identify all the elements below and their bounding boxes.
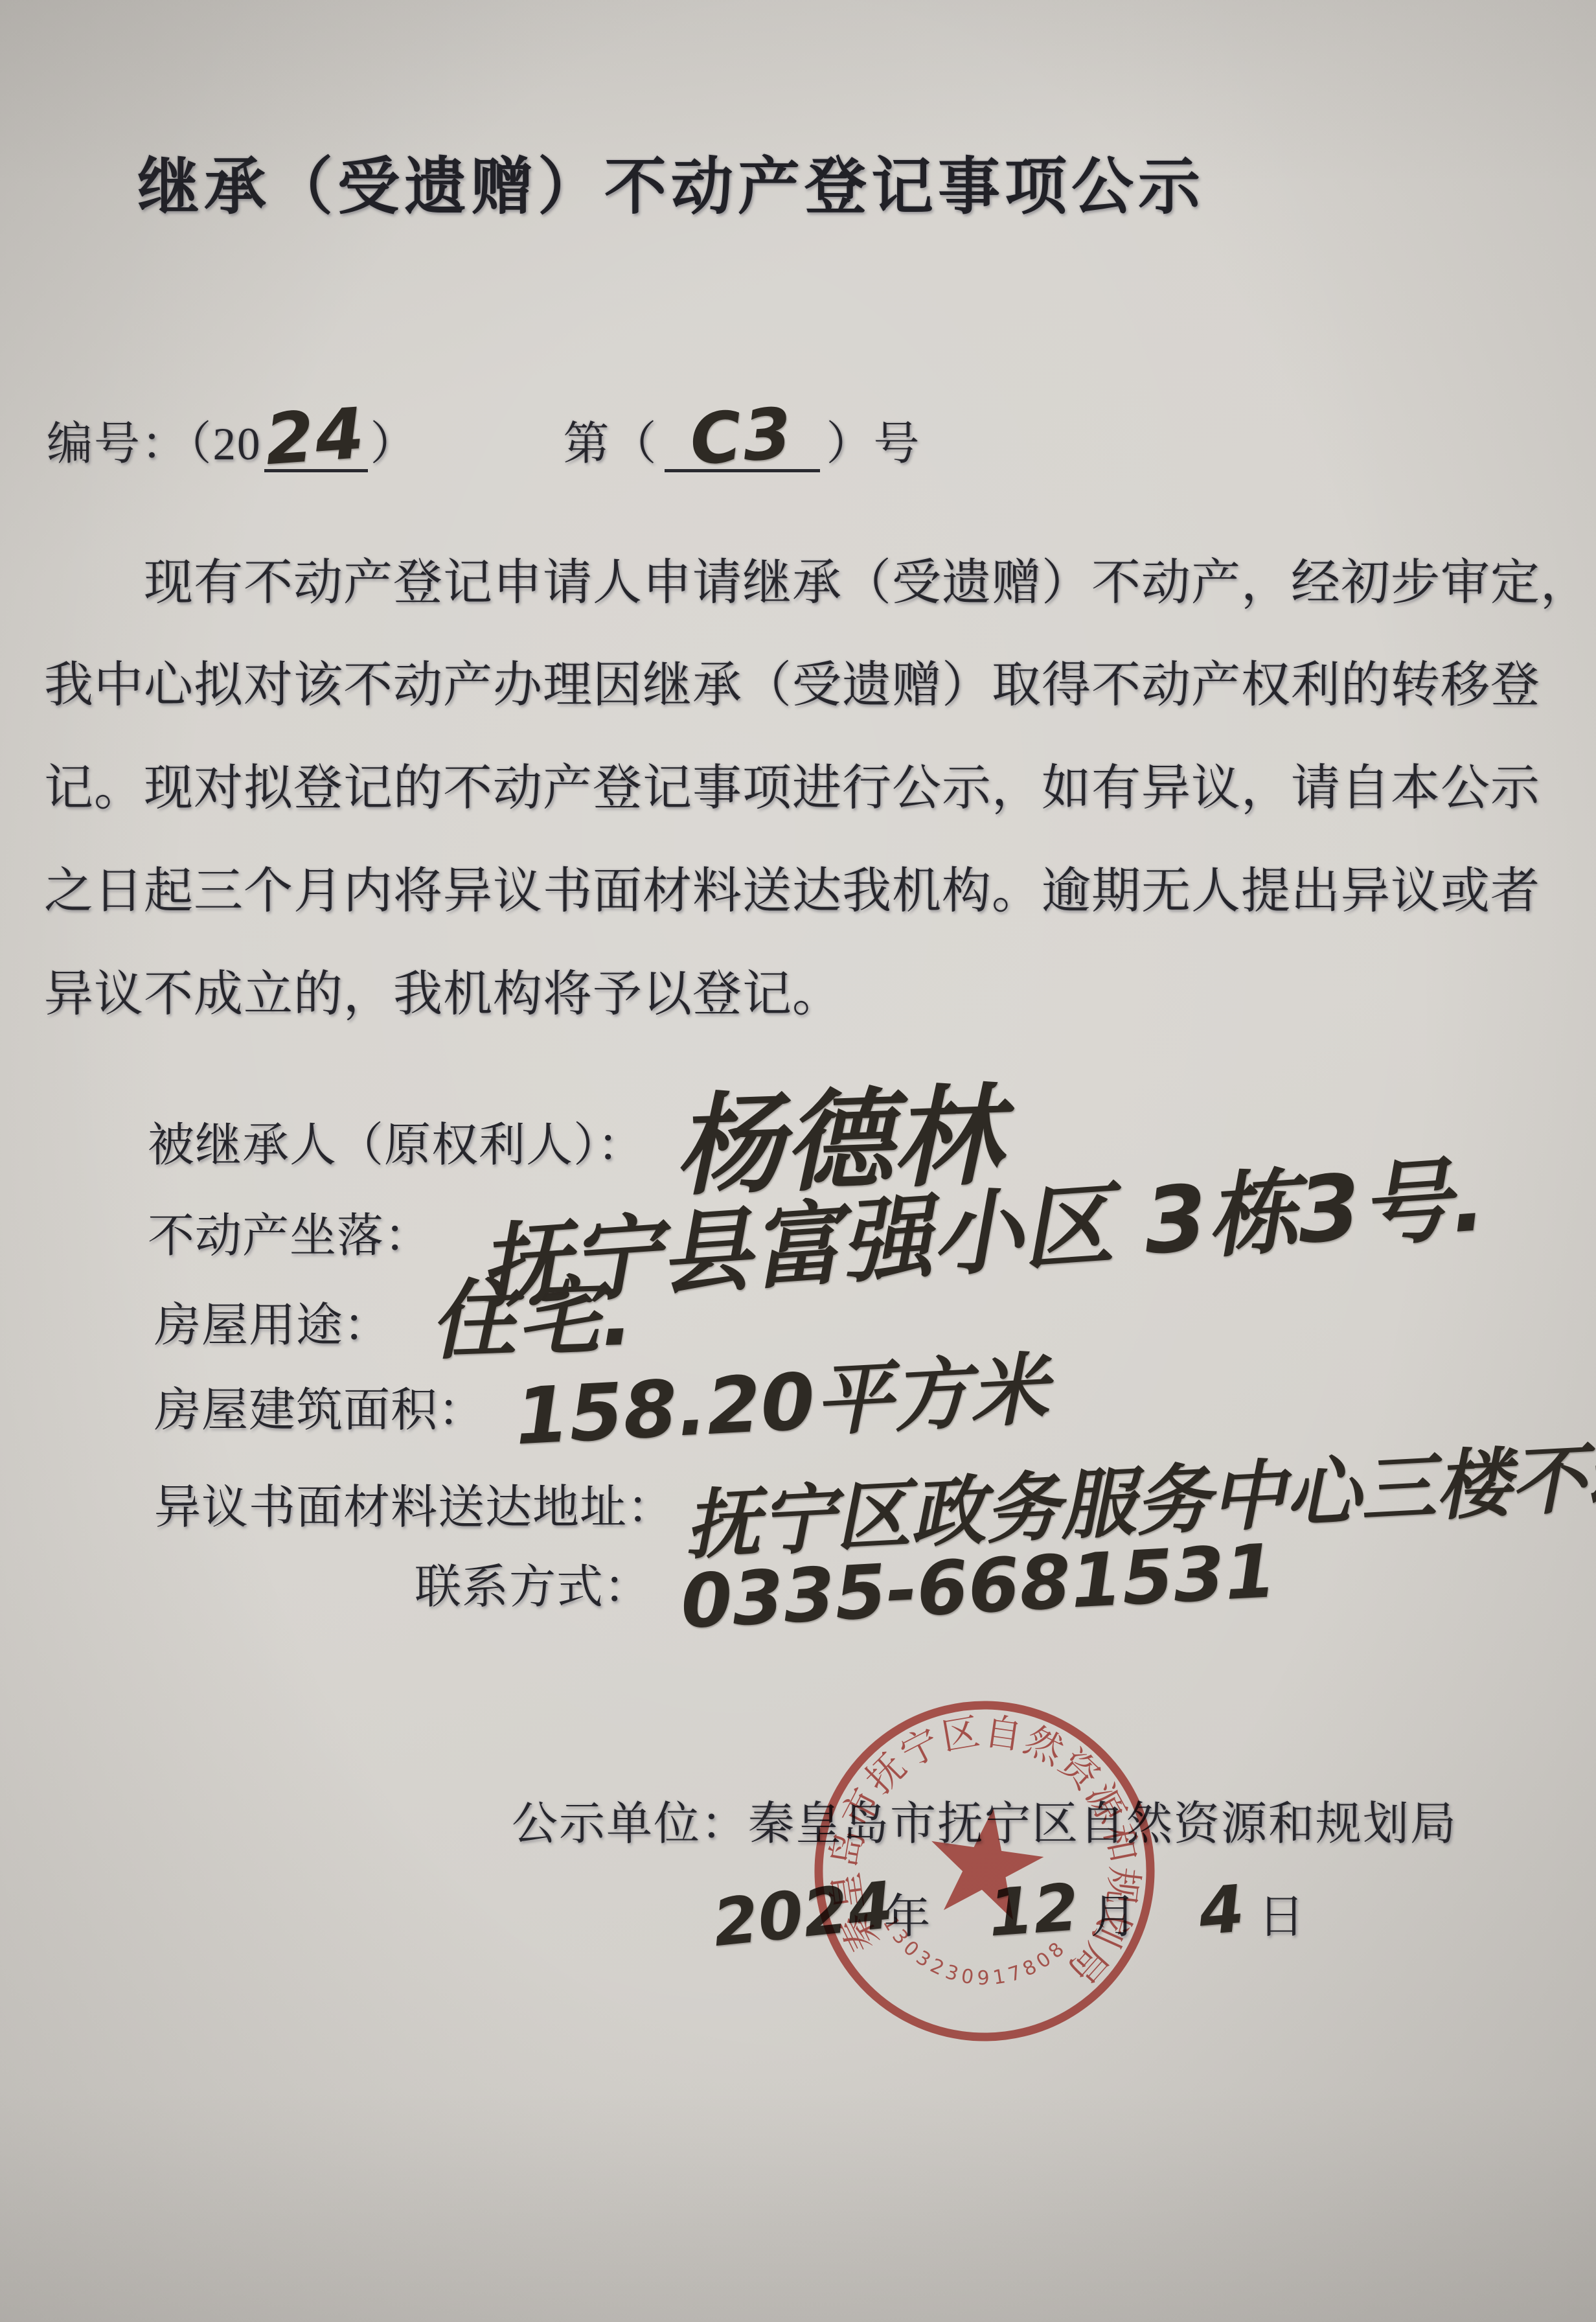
date-line: 2024 年 12 月 4 日 (712, 1872, 1305, 1948)
serial-year-handwritten: 24 (264, 415, 367, 461)
page-title: 继承（受遗赠）不动产登记事项公示 (137, 137, 1205, 226)
field-objection-address-label: 异议书面材料送达地址： (154, 1469, 674, 1537)
field-contact-value-handwritten: 0335-6681531 (679, 1528, 1279, 1645)
serial-year-blank: 24 (264, 422, 368, 472)
serial-prefix: 编号：（20 (47, 419, 262, 470)
field-building-area-label: 房屋建筑面积： (154, 1372, 485, 1440)
date-month-handwritten: 12 (986, 1869, 1081, 1951)
notice-document: 继承（受遗赠）不动产登记事项公示 编号：（2024）第（C3）号 现有不动产登记… (0, 0, 1596, 2322)
official-seal: 秦皇岛市抚宁区自然资源和规划局 1303230917808 (729, 1615, 1241, 2128)
field-contact: 联系方式： 0335-6681531 (415, 1534, 1276, 1620)
serial-number-blank: C3 (665, 422, 820, 472)
paragraph-line-4: 之日起三个月内将异议书面材料送达我机构。逾期无人提出异议或者 (44, 851, 1540, 922)
issuing-unit-line: 公示单位：秦皇岛市抚宁区自然资源和规划局 (512, 1787, 1457, 1853)
paragraph-line-2: 我中心拟对该不动产办理因继承（受遗赠）取得不动产权利的转移登 (44, 645, 1540, 716)
date-month-label: 月 (1091, 1879, 1137, 1946)
paragraph-line-1: 现有不动产登记申请人申请继承（受遗赠）不动产，经初步审定， (44, 543, 1590, 614)
field-objection-address: 异议书面材料送达地址： 抚宁区政务服务中心三楼不动产窗口 (154, 1437, 1596, 1545)
field-building-area: 房屋建筑面积： 158.20平方米 (154, 1337, 1047, 1449)
date-day-label: 日 (1258, 1879, 1305, 1946)
serial-line: 编号：（2024）第（C3）号 (47, 407, 921, 473)
date-day-handwritten: 4 (1196, 1870, 1248, 1950)
paragraph-line-3: 记。现对拟登记的不动产登记事项进行公示，如有异议，请自本公示 (44, 748, 1540, 819)
serial-mid: 第（ (564, 419, 658, 470)
date-year-handwritten: 2024 (709, 1867, 896, 1961)
field-contact-label: 联系方式： (415, 1549, 651, 1616)
paragraph-line-5: 异议不成立的，我机构将予以登记。 (44, 954, 842, 1025)
serial-suffix: ）号 (826, 419, 921, 470)
serial-close: ） (370, 419, 418, 470)
serial-number-handwritten: C3 (689, 415, 794, 461)
